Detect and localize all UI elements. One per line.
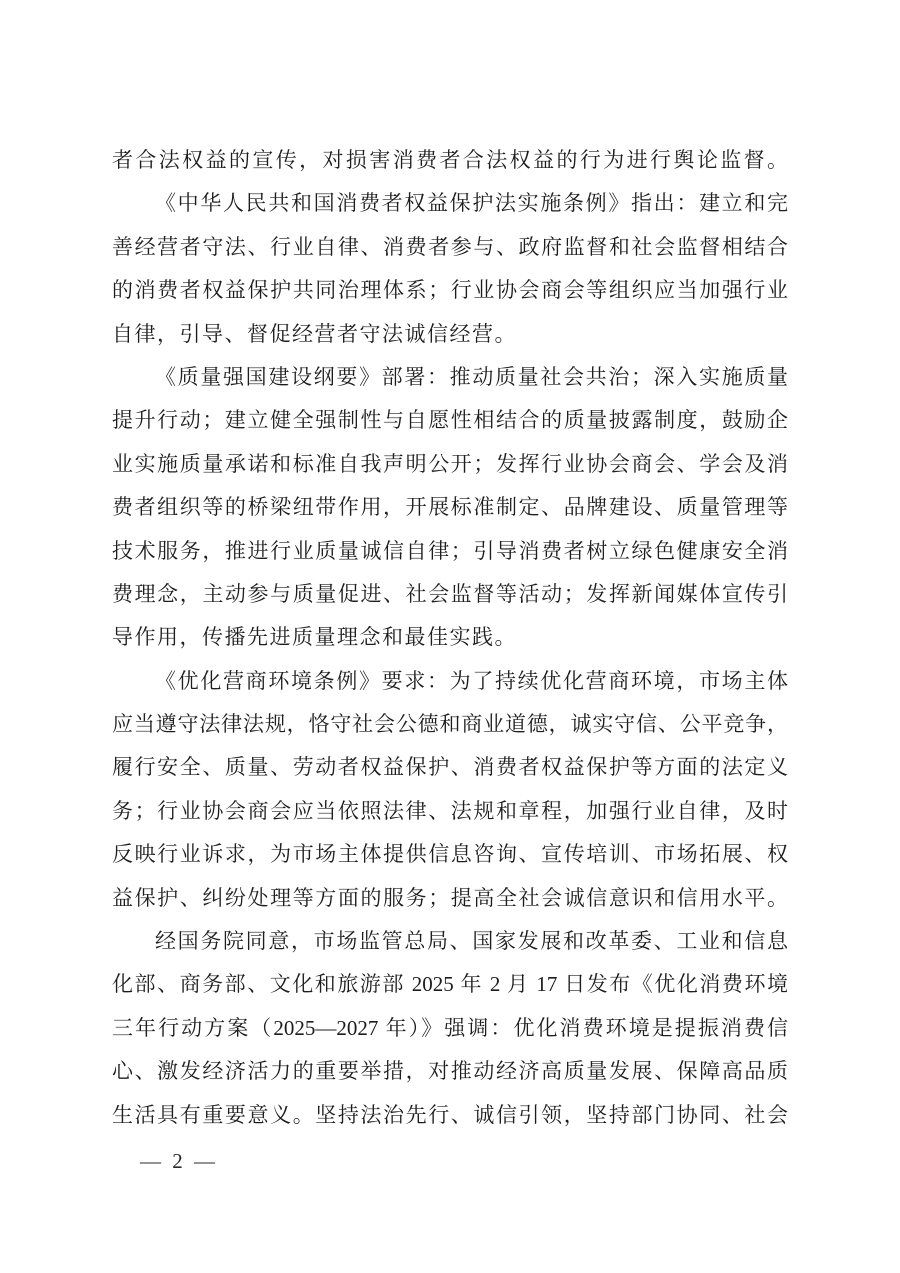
text-line: 费者组织等的桥梁纽带作用，开展标准制定、品牌建设、质量管理等 bbox=[112, 486, 788, 529]
text-line: 三年行动方案（2025—2027 年）》强调：优化消费环境是提振消费信 bbox=[112, 1007, 788, 1050]
text-line: 《质量强国建设纲要》部署：推动质量社会共治；深入实施质量 bbox=[112, 356, 788, 399]
paragraph: 《质量强国建设纲要》部署：推动质量社会共治；深入实施质量提升行动；建立健全强制性… bbox=[112, 356, 788, 660]
text-line: 生活具有重要意义。坚持法治先行、诚信引领，坚持部门协同、社会 bbox=[112, 1094, 788, 1137]
text-line: 经国务院同意，市场监管总局、国家发展和改革委、工业和信息 bbox=[112, 920, 788, 963]
text-line: 技术服务，推进行业质量诚信自律；引导消费者树立绿色健康安全消 bbox=[112, 530, 788, 573]
text-line: 履行安全、质量、劳动者权益保护、消费者权益保护等方面的法定义 bbox=[112, 746, 788, 789]
paragraph: 《优化营商环境条例》要求：为了持续优化营商环境，市场主体应当遵守法律法规，恪守社… bbox=[112, 660, 788, 920]
text-line: 益保护、纠纷处理等方面的服务；提高全社会诚信意识和信用水平。 bbox=[112, 877, 788, 920]
paragraph: 《中华人民共和国消费者权益保护法实施条例》指出：建立和完善经营者守法、行业自律、… bbox=[112, 182, 788, 356]
text-line: 费理念，主动参与质量促进、社会监督等活动；发挥新闻媒体宣传引 bbox=[112, 573, 788, 616]
text-line: 提升行动；建立健全强制性与自愿性相结合的质量披露制度，鼓励企 bbox=[112, 399, 788, 442]
paragraph: 者合法权益的宣传，对损害消费者合法权益的行为进行舆论监督。 bbox=[112, 139, 788, 182]
text-line: 化部、商务部、文化和旅游部 2025 年 2 月 17 日发布《优化消费环境 bbox=[112, 963, 788, 1006]
text-line: 业实施质量承诺和标准自我声明公开；发挥行业协会商会、学会及消 bbox=[112, 443, 788, 486]
text-line: 反映行业诉求，为市场主体提供信息咨询、宣传培训、市场拓展、权 bbox=[112, 833, 788, 876]
document-body: 者合法权益的宣传，对损害消费者合法权益的行为进行舆论监督。《中华人民共和国消费者… bbox=[112, 139, 788, 1137]
document-page: 者合法权益的宣传，对损害消费者合法权益的行为进行舆论监督。《中华人民共和国消费者… bbox=[0, 0, 900, 1273]
text-line: 善经营者守法、行业自律、消费者参与、政府监督和社会监督相结合 bbox=[112, 226, 788, 269]
text-line: 务；行业协会商会应当依照法律、法规和章程，加强行业自律，及时 bbox=[112, 790, 788, 833]
text-line: 心、激发经济活力的重要举措，对推动经济高质量发展、保障高品质 bbox=[112, 1050, 788, 1093]
text-line: 《优化营商环境条例》要求：为了持续优化营商环境，市场主体 bbox=[112, 660, 788, 703]
text-line: 应当遵守法律法规，恪守社会公德和商业道德，诚实守信、公平竞争， bbox=[112, 703, 788, 746]
paragraph: 经国务院同意，市场监管总局、国家发展和改革委、工业和信息化部、商务部、文化和旅游… bbox=[112, 920, 788, 1137]
page-number: — 2 — bbox=[140, 1148, 218, 1174]
text-line: 的消费者权益保护共同治理体系；行业协会商会等组织应当加强行业 bbox=[112, 269, 788, 312]
text-line: 导作用，传播先进质量理念和最佳实践。 bbox=[112, 616, 788, 659]
text-line: 者合法权益的宣传，对损害消费者合法权益的行为进行舆论监督。 bbox=[112, 139, 788, 182]
text-line: 《中华人民共和国消费者权益保护法实施条例》指出：建立和完 bbox=[112, 182, 788, 225]
text-line: 自律，引导、督促经营者守法诚信经营。 bbox=[112, 313, 788, 356]
